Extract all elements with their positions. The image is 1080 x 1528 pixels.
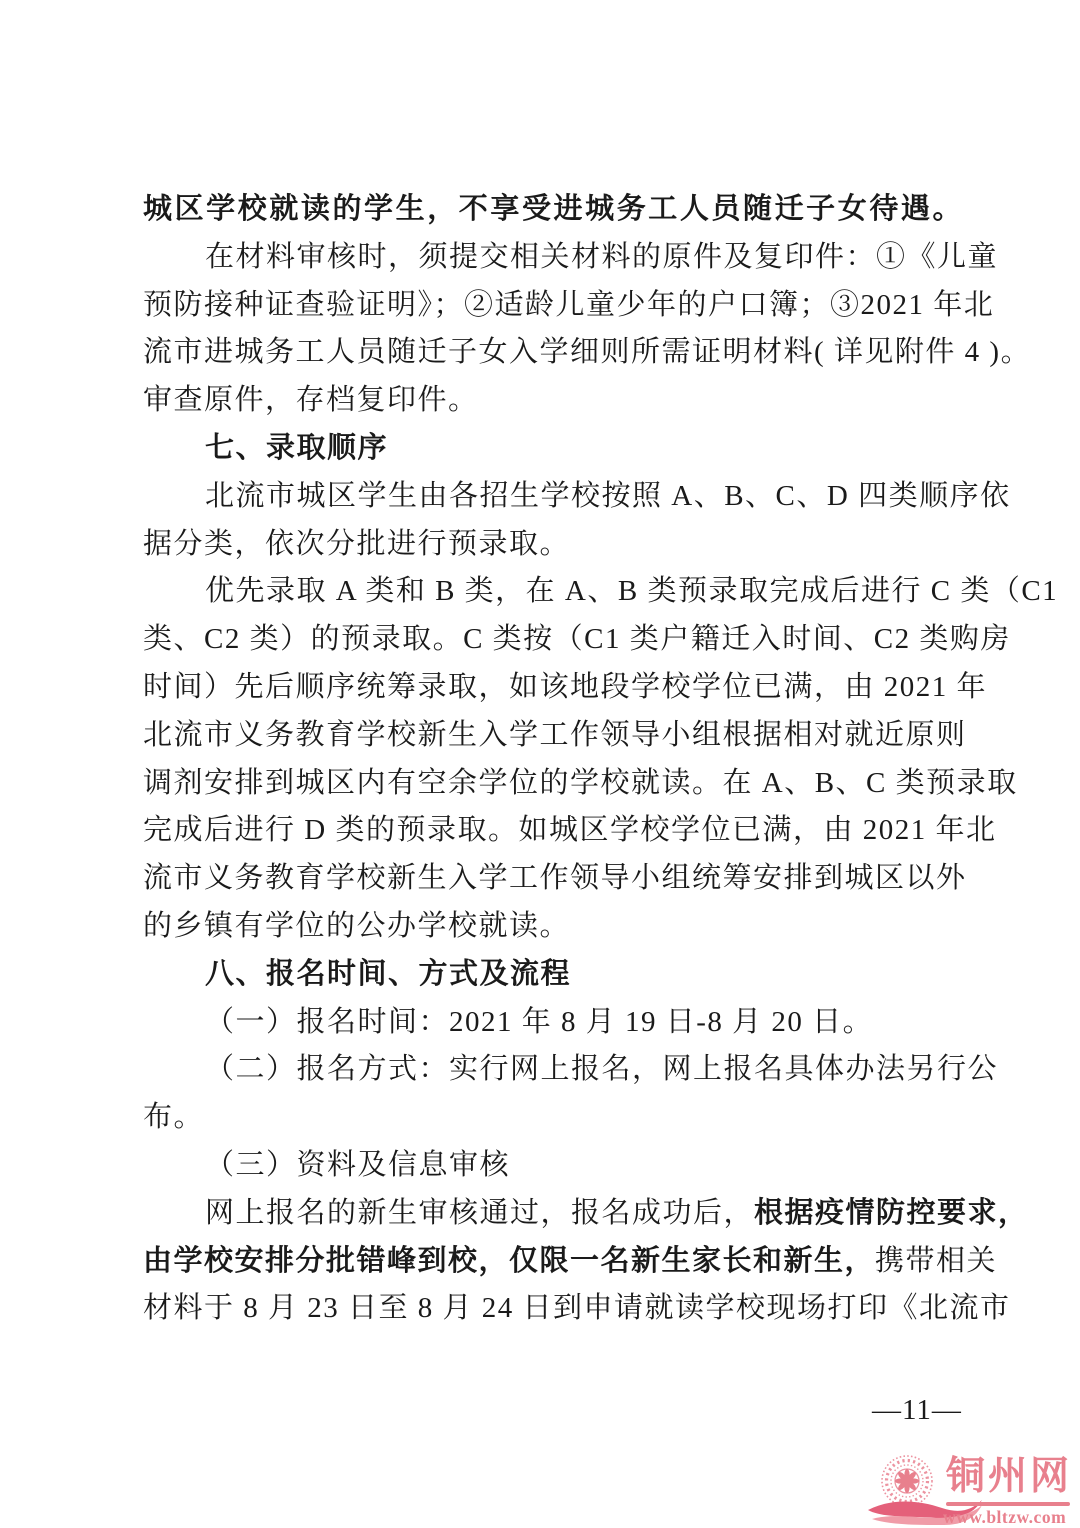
text-line: 北流市义务教育学校新生入学工作领导小组根据相对就近原则 — [143, 712, 963, 760]
text-line: （二）报名方式：实行网上报名，网上报名具体办法另行公 — [143, 1046, 963, 1094]
text-line: 时间）先后顺序统筹录取，如该地段学校学位已满，由 2021 年 — [143, 664, 963, 712]
text-line: 八、报名时间、方式及流程 — [143, 951, 963, 999]
body-text: 审查原件，存档复印件。 — [143, 384, 479, 416]
body-text: 网上报名的新生审核通过，报名成功后， — [205, 1197, 754, 1229]
text-line: 材料于 8 月 23 日至 8 月 24 日到申请就读学校现场打印《北流市 — [143, 1285, 963, 1333]
body-text: 优先录取 A 类和 B 类，在 A、B 类预录取完成后进行 C 类（C1 — [205, 575, 1058, 607]
bold-text: 由学校安排分批错峰到校，仅限一名新生家长和新生， — [143, 1245, 875, 1277]
text-line: 流市进城务工人员随迁子女入学细则所需证明材料( 详见附件 4 )。 — [143, 329, 963, 377]
text-line: （三）资料及信息审核 — [143, 1142, 963, 1190]
watermark-site-url: www.bltzw.com — [943, 1507, 1066, 1528]
text-line: 由学校安排分批错峰到校，仅限一名新生家长和新生，携带相关 — [143, 1238, 963, 1286]
body-text: （三）资料及信息审核 — [205, 1149, 510, 1181]
body-text: 布。 — [143, 1101, 204, 1133]
text-line: 流市义务教育学校新生入学工作领导小组统筹安排到城区以外 — [143, 855, 963, 903]
body-text: 完成后进行 D 类的预录取。如城区学校学位已满，由 2021 年北 — [143, 814, 996, 846]
page-number: —11— — [872, 1394, 962, 1427]
bold-text: 城区学校就读的学生，不享受进城务工人员随迁子女待遇。 — [143, 193, 963, 225]
document-body: 城区学校就读的学生，不享受进城务工人员随迁子女待遇。在材料审核时，须提交相关材料… — [143, 186, 963, 1333]
body-text: 北流市城区学生由各招生学校按照 A、B、C、D 四类顺序依 — [205, 480, 1011, 512]
watermark-underline — [946, 1502, 1070, 1506]
body-text: （二）报名方式：实行网上报名，网上报名具体办法另行公 — [205, 1053, 998, 1085]
text-line: 的乡镇有学位的公办学校就读。 — [143, 903, 963, 951]
body-text: 类、C2 类）的预录取。C 类按（C1 类户籍迁入时间、C2 类购房 — [143, 623, 1011, 655]
text-line: 据分类，依次分批进行预录取。 — [143, 521, 963, 569]
text-line: 布。 — [143, 1094, 963, 1142]
text-line: 网上报名的新生审核通过，报名成功后，根据疫情防控要求， — [143, 1190, 963, 1238]
text-line: 审查原件，存档复印件。 — [143, 377, 963, 425]
text-line: 调剂安排到城区内有空余学位的学校就读。在 A、B、C 类预录取 — [143, 760, 963, 808]
text-line: 在材料审核时，须提交相关材料的原件及复印件：①《儿童 — [143, 234, 963, 282]
watermark-site-name: 铜州网 — [946, 1454, 1074, 1500]
text-line: 完成后进行 D 类的预录取。如城区学校学位已满，由 2021 年北 — [143, 807, 963, 855]
body-text: 预防接种证查验证明》；②适龄儿童少年的户口簿；③2021 年北 — [143, 289, 994, 321]
body-text: 北流市义务教育学校新生入学工作领导小组根据相对就近原则 — [143, 719, 967, 751]
body-text: 携带相关 — [875, 1245, 997, 1277]
body-text: （一）报名时间：2021 年 8 月 19 日-8 月 20 日。 — [205, 1006, 873, 1038]
body-text: 在材料审核时，须提交相关材料的原件及复印件：①《儿童 — [205, 241, 998, 273]
text-line: 预防接种证查验证明》；②适龄儿童少年的户口簿；③2021 年北 — [143, 282, 963, 330]
body-text: 调剂安排到城区内有空余学位的学校就读。在 A、B、C 类预录取 — [143, 767, 1018, 799]
body-text: 据分类，依次分批进行预录取。 — [143, 528, 570, 560]
text-line: 城区学校就读的学生，不享受进城务工人员随迁子女待遇。 — [143, 186, 963, 234]
text-line: 优先录取 A 类和 B 类，在 A、B 类预录取完成后进行 C 类（C1 — [143, 568, 963, 616]
bold-text: 七、录取顺序 — [205, 432, 388, 464]
body-text: 的乡镇有学位的公办学校就读。 — [143, 910, 570, 942]
body-text: 时间）先后顺序统筹录取，如该地段学校学位已满，由 2021 年 — [143, 671, 987, 703]
body-text: 材料于 8 月 23 日至 8 月 24 日到申请就读学校现场打印《北流市 — [143, 1292, 1011, 1324]
body-text: 流市进城务工人员随迁子女入学细则所需证明材料( 详见附件 4 )。 — [143, 336, 1031, 368]
text-line: 北流市城区学生由各招生学校按照 A、B、C、D 四类顺序依 — [143, 473, 963, 521]
text-line: （一）报名时间：2021 年 8 月 19 日-8 月 20 日。 — [143, 999, 963, 1047]
text-line: 七、录取顺序 — [143, 425, 963, 473]
bold-text: 八、报名时间、方式及流程 — [205, 958, 571, 990]
bold-text: 根据疫情防控要求， — [754, 1197, 1029, 1229]
text-line: 类、C2 类）的预录取。C 类按（C1 类户籍迁入时间、C2 类购房 — [143, 616, 963, 664]
document-page: 城区学校就读的学生，不享受进城务工人员随迁子女待遇。在材料审核时，须提交相关材料… — [0, 0, 1080, 1528]
flower-icon — [895, 1469, 919, 1493]
body-text: 流市义务教育学校新生入学工作领导小组统筹安排到城区以外 — [143, 862, 967, 894]
watermark: 铜州网 www.bltzw.com — [866, 1450, 1080, 1528]
